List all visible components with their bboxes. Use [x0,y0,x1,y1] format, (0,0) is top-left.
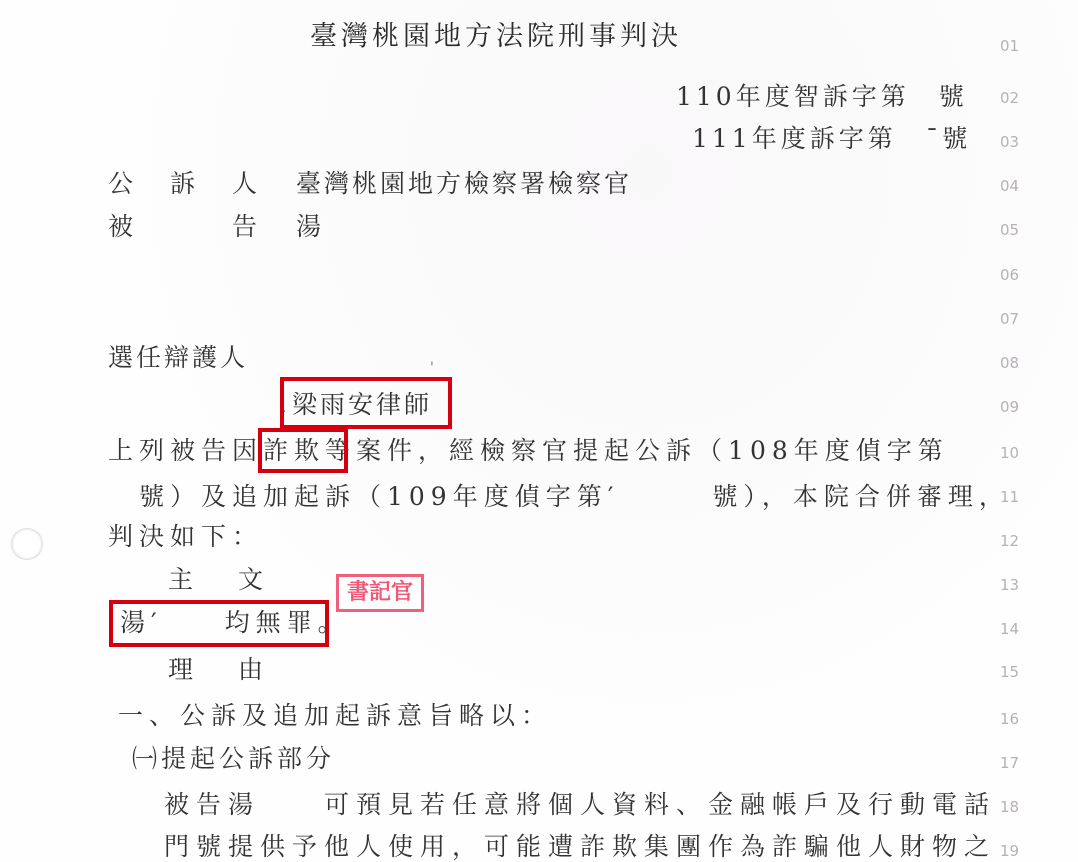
stray-mark: ' [430,360,434,376]
line-number: 02 [1000,89,1030,107]
subsection-1-heading: ㈠提起公訴部分 [132,744,335,774]
line-number: 12 [1000,532,1030,550]
line-number: 05 [1000,221,1030,239]
intro-line-1: 上列被告因詐欺等案件，經檢察官提起公訴（108年度偵字第 [108,436,949,466]
document-title: 臺灣桃園地方法院刑事判決 [310,22,682,52]
body-line-1: 被告湯 可預見若任意將個人資料、金融帳戶及行動電話 [164,790,996,820]
stray-dot: . [282,400,286,416]
line-number: 07 [1000,310,1030,328]
line-number: 18 [1000,798,1030,816]
prosecutor-label: 公 訴 人 [108,169,263,199]
reasons-heading: 理 由 [168,655,273,685]
intro-suffix: 案件，經檢察官提起公訴（108年度偵字第 [356,436,949,465]
defense-value: 梁雨安律師 [292,390,432,420]
line-number: 01 [1000,37,1030,55]
intro-line-3: 判決如下： [108,522,263,552]
line-number: 04 [1000,177,1030,195]
defendant-value: 湯 [296,212,327,242]
body-line-2: 門號提供予他人使用，可能遭詐欺集團作為詐騙他人財物之 [164,832,996,862]
section-1-heading: 一、公訴及追加起訴意旨略以： [118,701,552,731]
line-number: 11 [1000,488,1030,506]
line-number: 16 [1000,710,1030,728]
line-number: 14 [1000,620,1030,638]
prosecutor-value: 臺灣桃園地方檢察署檢察官 [296,169,632,199]
judgment-page: 臺灣桃園地方法院刑事判決 110年度智訴字第 號 111年度訴字第 ˉ號 公 訴… [0,0,1078,862]
clerk-stamp: 書記官 [336,574,424,612]
main-text-verdict: 湯′ 均無罪。 [120,608,349,638]
line-number: 17 [1000,754,1030,772]
punch-hole [11,528,43,560]
line-number: 10 [1000,444,1030,462]
line-number: 08 [1000,354,1030,372]
case-number-1: 110年度智訴字第 號 [676,82,968,112]
intro-highlight-charge: 詐欺等 [263,436,356,465]
defense-label: 選任辯護人 [108,343,248,373]
line-number: 15 [1000,663,1030,681]
line-number: 03 [1000,133,1030,151]
intro-line-2: 號）及追加起訴（109年度偵字第′ 號），本院合併審理， [108,482,1010,512]
line-number: 19 [1000,842,1030,860]
line-number: 13 [1000,576,1030,594]
defendant-label: 被 告 [108,212,263,242]
intro-prefix: 上列被告因 [108,436,263,465]
line-number: 06 [1000,266,1030,284]
main-text-heading: 主 文 [168,565,273,595]
line-number: 09 [1000,398,1030,416]
case-number-2: 111年度訴字第 ˉ號 [692,124,971,154]
